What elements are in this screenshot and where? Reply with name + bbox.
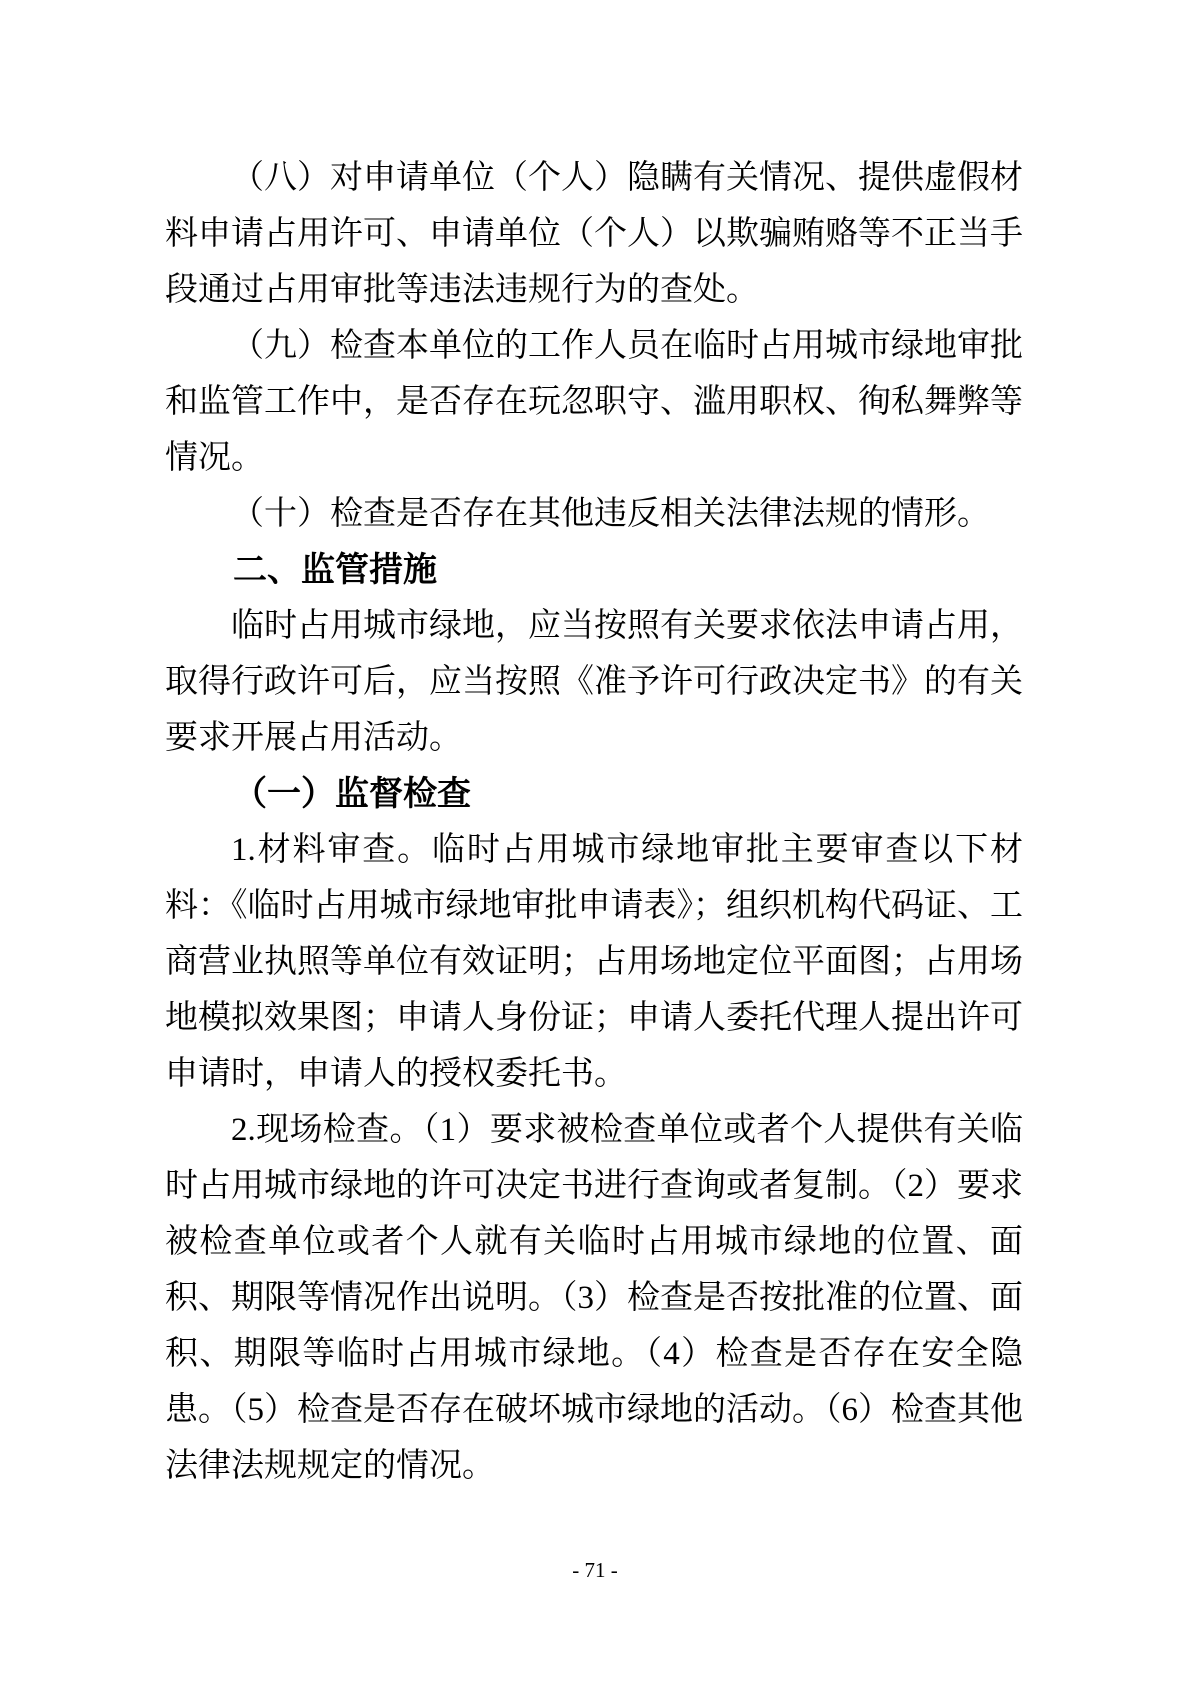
page-number: - 71 - [572,1558,618,1582]
paragraph: 临时占用城市绿地，应当按照有关要求依法申请占用，取得行政许可后，应当按照《准予许… [165,598,1023,766]
document-body: （八）对申请单位（个人）隐瞒有关情况、提供虚假材料申请占用许可、申请单位（个人）… [165,150,1023,1494]
paragraph: 1.材料审查。临时占用城市绿地审批主要审查以下材料：《临时占用城市绿地审批申请表… [165,822,1023,1102]
page-footer: - 71 - [0,1556,1190,1584]
document-page: （八）对申请单位（个人）隐瞒有关情况、提供虚假材料申请占用许可、申请单位（个人）… [0,0,1190,1683]
paragraph: （九）检查本单位的工作人员在临时占用城市绿地审批和监管工作中，是否存在玩忽职守、… [165,318,1023,486]
paragraph: 2.现场检查。（1）要求被检查单位或者个人提供有关临时占用城市绿地的许可决定书进… [165,1102,1023,1494]
section-heading: 二、监管措施 [165,542,1023,598]
paragraph: （十）检查是否存在其他违反相关法律法规的情形。 [165,486,1023,542]
paragraph: （八）对申请单位（个人）隐瞒有关情况、提供虚假材料申请占用许可、申请单位（个人）… [165,150,1023,318]
subsection-heading: （一）监督检查 [165,766,1023,822]
